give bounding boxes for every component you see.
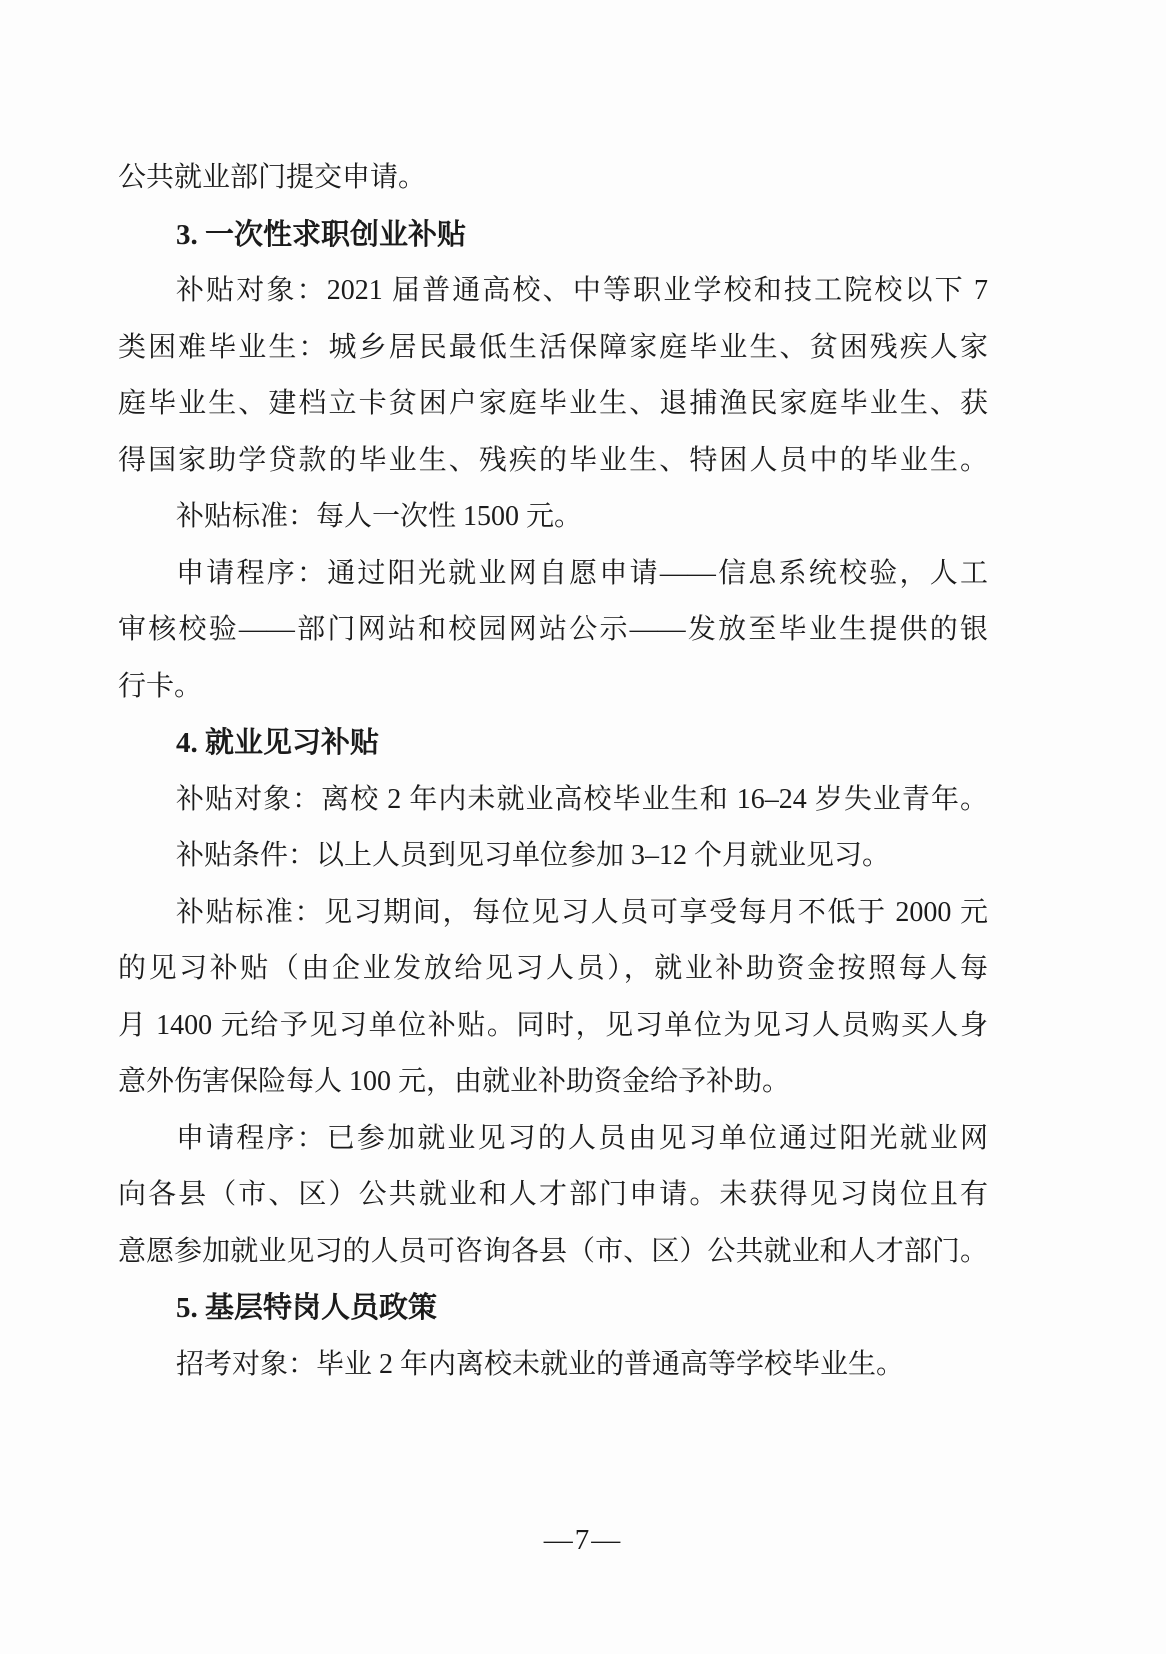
section-heading: 3. 一次性求职创业补贴 [118,207,988,264]
text-line: 类困难毕业生：城乡居民最低生活保障家庭毕业生、贫困残疾人家 [118,320,988,377]
document-body: 公共就业部门提交申请。 3. 一次性求职创业补贴 补贴对象：2021 届普通高校… [118,150,988,1393]
text-line: 庭毕业生、建档立卡贫困户家庭毕业生、退捕渔民家庭毕业生、获 [118,376,988,433]
page-number: —7— [0,1524,1166,1557]
text-line: 意外伤害保险每人 100 元，由就业补助资金给予补助。 [118,1054,988,1111]
document-page: 公共就业部门提交申请。 3. 一次性求职创业补贴 补贴对象：2021 届普通高校… [0,0,1166,1654]
text-line: 补贴标准：每人一次性 1500 元。 [118,489,988,546]
text-line: 行卡。 [118,659,988,716]
text-line: 申请程序：通过阳光就业网自愿申请——信息系统校验，人工 [118,546,988,603]
text-line: 得国家助学贷款的毕业生、残疾的毕业生、特困人员中的毕业生。 [118,433,988,490]
text-line: 公共就业部门提交申请。 [118,150,988,207]
text-line: 的见习补贴（由企业发放给见习人员），就业补助资金按照每人每 [118,941,988,998]
text-line: 招考对象：毕业 2 年内离校未就业的普通高等学校毕业生。 [118,1337,988,1394]
text-line: 审核校验——部门网站和校园网站公示——发放至毕业生提供的银 [118,602,988,659]
text-line: 补贴对象：2021 届普通高校、中等职业学校和技工院校以下 7 [118,263,988,320]
text-line: 向各县（市、区）公共就业和人才部门申请。未获得见习岗位且有 [118,1167,988,1224]
text-line: 补贴条件：以上人员到见习单位参加 3–12 个月就业见习。 [118,828,988,885]
section-heading: 4. 就业见习补贴 [118,715,988,772]
text-line: 月 1400 元给予见习单位补贴。同时，见习单位为见习人员购买人身 [118,998,988,1055]
text-line: 意愿参加就业见习的人员可咨询各县（市、区）公共就业和人才部门。 [118,1224,988,1281]
text-line: 补贴对象：离校 2 年内未就业高校毕业生和 16–24 岁失业青年。 [118,772,988,829]
section-heading: 5. 基层特岗人员政策 [118,1280,988,1337]
text-line: 申请程序：已参加就业见习的人员由见习单位通过阳光就业网 [118,1111,988,1168]
text-line: 补贴标准：见习期间，每位见习人员可享受每月不低于 2000 元 [118,885,988,942]
